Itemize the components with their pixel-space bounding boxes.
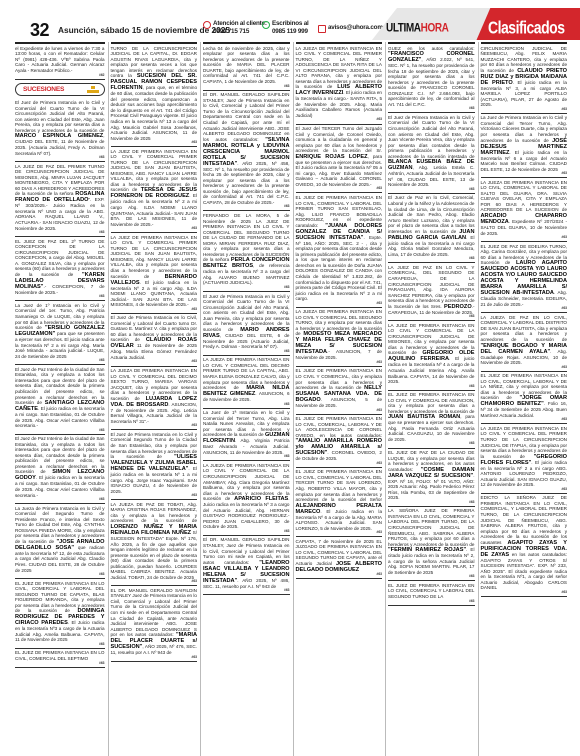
notice-ad-code: #63 [376, 117, 382, 123]
notice-ad-code: #63 [284, 84, 290, 90]
legal-notice: EL JUEZ DE PAZ DE EDELIRA TURNO, Abg. Ca… [481, 242, 568, 313]
notice-ad-code: #63 [284, 349, 290, 355]
notice-ad-code: #63 [191, 655, 197, 661]
notice-text: LA JUEZA DE PRIMERA INSTANCIA EN LO CIVI… [296, 46, 383, 90]
legal-notice: El DR. MANUEL GERALDO SAIFILDIN STANLEY,… [203, 91, 290, 212]
notice-ad-code: #63 [99, 572, 105, 578]
notice-text: El DR. MANUEL GERALDO SAIFILDIN STANLEY,… [203, 92, 290, 141]
legal-notice: LA JUEZ DE PRIMERA INSTANCIA EN LO CIVIL… [388, 321, 475, 390]
notice-ad-code: #63 [469, 500, 475, 506]
notice-text: El Juez de Primera Instancia en lo Civil… [388, 115, 475, 159]
legal-notice: LA JUEZ DE PAZ EN LO CIVIL Y COMERCIAL, … [388, 263, 475, 321]
legal-notice: el Expediente de lunes a viernes de 7:30… [15, 42, 105, 80]
legal-notice: LA JUEZA DE PAZ EN LO CIVIL, COMERCIAL Y… [481, 313, 568, 371]
section-label: SUCESIONES [23, 86, 64, 93]
column-5: GUEZ en los autos caratulados: "FRANCISC… [385, 42, 475, 756]
customer-service-contact[interactable]: Atención al cliente: 0994 715 715 [203, 20, 267, 36]
notice-text-tail: . AÑO 2025, Nº 458, SEC. Nº 1, ha resuel… [203, 161, 290, 205]
legal-notice: LA JUEZA DE PRIMERA INSTANCIA EN LO CIVI… [203, 461, 290, 536]
whatsapp-icon [262, 21, 270, 29]
notice-ad-code: #63 [99, 642, 105, 648]
legal-notice: LA JUEZ DE PAZ DEL PRIMER TURNO DE CIRCU… [15, 162, 105, 237]
notice-ad-code: #63 [561, 107, 567, 113]
legal-notice: La Jueza de Primera Instancia en lo Civi… [15, 504, 105, 579]
notice-ad-code: #63 [561, 590, 567, 596]
legal-notice: CIRCUNSCRIPCION JUDICIAL DE ÑEEMBUCU, Ab… [481, 42, 568, 114]
notice-text-tail: , AÑO 2.022, Nº 541, SEC. Nº 1, ha resue… [388, 57, 475, 107]
legal-notice: EL JUEZ DE PRIMERA INSTANCIA EN LO CIVIL… [296, 193, 383, 307]
notice-ad-code: #63 [469, 574, 475, 580]
notice-text: LA JUEZA DE PAZ DE TOBATI, Abg. MARIA CR… [111, 502, 198, 524]
legal-notice: EL JUEZ DE PRIMERA INSTANCIA EN LO CIVIL… [296, 468, 383, 537]
legal-notice: GUEZ en los autos caratulados: "FRANCISC… [388, 42, 475, 113]
legal-notice: El Juez de Paz Interino de la ciudad de … [15, 365, 105, 434]
notice-ad-code: #63 [99, 661, 105, 667]
notice-ad-code: #63 [99, 230, 105, 236]
notice-ad-code: #63 [99, 428, 105, 434]
notice-ad-code: #63 [284, 588, 290, 594]
mail-icon [318, 25, 326, 33]
notice-text-tail: S/ SUCESION INTESTADA" Expte. Nº 176, Añ… [111, 530, 198, 580]
notice-text: LA JUEZA DE PRIMERA INSTANCIA EN LO CIVI… [481, 180, 568, 213]
legal-notice: EDICTO LA SEÑORA JUEZ DE PRIMERA INSTANC… [481, 494, 568, 597]
phone-icon [203, 21, 211, 29]
notice-text: Lecha 04 de noviembre de 2025, citar y e… [203, 46, 290, 84]
legal-notice: EL JUEZ DE PRIMERA INSTANCIA EN LO CIVIL… [296, 415, 383, 468]
legal-notice: El Juez de Primera Instancia en lo Civil… [203, 292, 290, 356]
column-4: LA JUEZA DE PRIMERA INSTANCIA EN LO CIVI… [293, 42, 383, 756]
notice-ad-code: #63 [376, 461, 382, 467]
notice-ad-code: #63 [191, 423, 197, 429]
legal-notice: LA SEÑORA JUEZ DE PRIMERA INSTANCIA EN L… [388, 507, 475, 582]
notice-ad-code: #63 [191, 579, 197, 585]
notice-ad-code: #63 [561, 235, 567, 241]
legal-notice: La Juez de 1º Instancia en lo Civil y Co… [15, 301, 105, 365]
legal-notice: LA JUEZA DE PRIMERA INSTANCIA EN LO CIVI… [296, 308, 383, 367]
legal-notice: LA JUEZ DE PRIMERA INSTANCIA EN LO CIVIL… [111, 147, 198, 233]
notice-ad-code: #63 [376, 530, 382, 536]
notice-ad-code: #63 [191, 359, 197, 365]
notice-text: EDICTO LA SEÑORA JUEZ DE PRIMERA INSTANC… [481, 495, 568, 544]
notice-text: GUEZ en los autos caratulados: [388, 46, 475, 51]
notice-ad-code: #63 [469, 384, 475, 390]
notice-ad-code: #63 [191, 307, 197, 313]
section-title: Clasificados [488, 17, 564, 37]
notice-text: FERNANDO DE LA MORA, 5 de Noviembre de 2… [203, 213, 290, 262]
notice-ad-code: #63 [284, 454, 290, 460]
column-1: el Expediente de lunes a viernes de 7:30… [15, 42, 105, 756]
legal-notice: El Juez del TERCER Turno del Juzgado Civ… [296, 125, 383, 194]
legal-notice: La Juez de 1ª Instancia en lo Civil y Co… [203, 409, 290, 462]
legal-notice: LA JUEZA DE PRIMERA INSTANCIA EN LO CIVI… [481, 424, 568, 493]
legal-notice: EL JUEZ DE PRIMERA INSTANCIA EN LO CIVIL… [15, 579, 105, 649]
legal-notice: El Juez de Primera Instancia en lo Civil… [111, 430, 198, 500]
notice-text: EL DR. MANUEL GERALDO SAIFILDIN STANLEY … [111, 588, 198, 637]
notice-text-tail: , para que, en el término de 60 días, co… [111, 85, 198, 140]
classifieds-columns: el Expediente de lunes a viernes de 7:30… [15, 42, 567, 756]
masthead: 32 Asunción, sábado 15 de noviembre de 2… [0, 0, 580, 40]
notice-ad-code: #63 [376, 408, 382, 414]
notice-ad-code: #63 [284, 402, 290, 408]
legal-notice: El Juez de Primera Instancia en lo Civil… [111, 314, 198, 367]
notice-text: El Juez de Primera Instancia en lo Civil… [15, 100, 105, 133]
notice-text: EL JUEZ DE PRIMERA INSTANCIA EN LO CIVIL… [296, 469, 383, 502]
notice-text: LA JUEZ DE PRIMERA INSTANCIA EN LO CIVIL… [111, 235, 198, 279]
notice-ad-code: #63 [191, 226, 197, 232]
legal-notice: EL JUEZ DE PRIMERA INSTANCIA EN LO CIVIL… [15, 649, 105, 668]
column-2: TURNO DE LA CIRCUNSCRIPCION JUDICIAL DE … [108, 42, 198, 756]
notice-ad-code: #63 [191, 493, 197, 499]
legal-notice: LA JUEZA DE PRIMERA INSTANCIA EN LO CIVI… [296, 42, 383, 125]
notice-ad-code: #63 [376, 360, 382, 366]
logo-hora: HORA [421, 22, 449, 35]
ultimahora-logo: ULTIMAHORA [386, 22, 448, 35]
legal-notice: EL JUEZ DE PAZ DEL 2º TURNO DE CONCEPCIO… [15, 237, 105, 301]
notice-ad-code: #62 [99, 73, 105, 79]
legal-notice: LA JUEZA DE PRIMERA INSTANCIA EN LO CIVI… [203, 356, 290, 409]
notice-text: LA JUEZ DE PAZ EN LO CIVIL Y COMERCIAL, … [388, 265, 475, 309]
notice-ad-code: #63 [99, 155, 105, 161]
legal-notice: La Juez de Primera Instancia en lo Civil… [481, 114, 568, 178]
legal-notice: El DR. MANUEL GERALDO SAIFILDIN STANLEY,… [203, 536, 290, 595]
notice-text: LA JUEZ DE PRIMERA INSTANCIA EN LO CIVIL… [111, 149, 198, 193]
legal-notice: El Juez de Paz Interino de la ciudad de … [15, 435, 105, 504]
notice-ad-code: #63 [561, 365, 567, 371]
notice-ad-code: #63 [561, 417, 567, 423]
legal-notice: FERNANDO DE LA MORA, 5 de Noviembre de 2… [203, 211, 290, 292]
page-number: 32 [30, 20, 49, 41]
notice-ad-code: #63 [469, 106, 475, 112]
legal-notice: EL JUEZ DE PAZ DE LA CIUDAD DE LUQUE, ci… [388, 449, 475, 507]
section-header-sucesiones: SUCESIONES [15, 83, 105, 96]
notice-ad-code: #63 [469, 314, 475, 320]
legal-notice: LA JUEZ DE PRIMERA INSTANCIA EN LO CIVIL… [111, 233, 198, 314]
legal-notice: EL JUEZ DE PRIMERA INSTANCIA EN LO CIVIL… [296, 367, 383, 415]
notice-ad-code: #63 [561, 171, 567, 177]
legal-notice: Lecha 04 de noviembre de 2025, citar y e… [203, 42, 290, 91]
legal-notice: TURNO DE LA CIRCUNSCRIPCION JUDICIAL DE … [111, 42, 198, 147]
legal-notice: El Juez de Primera Instancia en lo Civil… [388, 113, 475, 194]
notice-text: El Juez del TERCER Turno del Juzgado Civ… [296, 126, 383, 153]
notice-ad-code: #63 [99, 497, 105, 503]
legal-notice: EL JUEZ DE PRIMERA INSTANCIA EN LO CIVIL… [388, 391, 475, 449]
legal-notice: EL JUEZ DE PRIMERA INSTANCIA EN LO CIVIL… [481, 372, 568, 425]
notice-ad-code: #63 [376, 572, 382, 578]
legal-notice: El Juez de Primera Instancia en lo Civil… [15, 99, 105, 162]
logo-ultima: ULTIMA [386, 22, 421, 35]
notice-text: LA JUEZA DE PAZ EN LO CIVIL, COMERCIAL Y… [481, 315, 568, 342]
whatsapp-contact[interactable]: Escribinos al 0985 119 999 [262, 20, 309, 36]
notice-text-tail: en los autos caratulados: AGAPITO ZAYAS … [481, 552, 568, 591]
legal-notice: EL DR. MANUEL GERALDO SAIFILDIN STANLEY … [111, 586, 198, 661]
notice-text-tail: . Expte. Nº 156, AÑO: 2025, SEC. 2 - , c… [296, 235, 383, 301]
notice-ad-code: #63 [469, 599, 475, 605]
notice-decedent-name: LORENZO NUÑEZ Y MARIA REINALDA FILOMENA … [111, 524, 198, 536]
notice-text: EL JUEZ DE PRIMERA INSTANCIA EN LO CIVIL… [15, 650, 105, 661]
notice-text: el Expediente de lunes a viernes de 7:30… [15, 46, 105, 73]
notice-ad-code: #63 [99, 358, 105, 364]
notice-ad-code: #63 [284, 204, 290, 210]
legal-notice: LA JUEZA DE PRIMERA INSTANCIA EN LO CIVI… [111, 367, 198, 431]
notice-text: EL JUEZ DE PRIMERA INSTANCIA EN LO CIVIL… [388, 392, 475, 414]
notice-text: EL JUEZ DE PRIMERA INSTANCIA EN LO CIVIL… [296, 416, 383, 438]
notice-text: LA SEÑORA JUEZ DE PRIMERA INSTANCIA EN L… [388, 508, 475, 546]
contact-label: Atención al cliente: [213, 20, 267, 28]
contact-phone: 0994 715 715 [213, 28, 267, 36]
notice-ad-code: #63 [469, 256, 475, 262]
notice-ad-code: #63 [191, 140, 197, 146]
contact-label: Escribinos al [272, 20, 309, 28]
contact-phone: 0985 119 999 [272, 28, 309, 36]
legal-notice: LA JUEZA DE PRIMERA INSTANCIA EN LO CIVI… [481, 178, 568, 242]
notice-ad-code: #63 [284, 285, 290, 291]
blocks-icon [87, 86, 98, 93]
notice-ad-code: #63 [561, 306, 567, 312]
legal-notice: CAPIATA, 7 de Noviembre de 2025 EL JUZGA… [296, 537, 383, 579]
notice-ad-code: #63 [376, 301, 382, 307]
notice-text: EL JUEZ DE PRIMERA INSTANCIA EN LO CIVIL… [388, 583, 475, 599]
notice-ad-code: #63 [376, 186, 382, 192]
column-6: CIRCUNSCRIPCION JUDICIAL DE ÑEEMBUCU, Ab… [478, 42, 568, 756]
notice-ad-code: #63 [284, 529, 290, 535]
column-3: Lecha 04 de noviembre de 2025, citar y e… [200, 42, 290, 756]
notice-ad-code: #63 [561, 487, 567, 493]
legal-notice: El Juez de Paz en lo Civil, Comercial, L… [388, 194, 475, 263]
notice-ad-code: #63 [469, 187, 475, 193]
notice-ad-code: #63 [99, 294, 105, 300]
legal-notice: EL JUEZ DE PRIMERA INSTANCIA EN LO CIVIL… [388, 581, 475, 606]
legal-notice: LA JUEZA DE PAZ DE TOBATI, Abg. MARIA CR… [111, 500, 198, 586]
notice-ad-code: #63 [469, 441, 475, 447]
